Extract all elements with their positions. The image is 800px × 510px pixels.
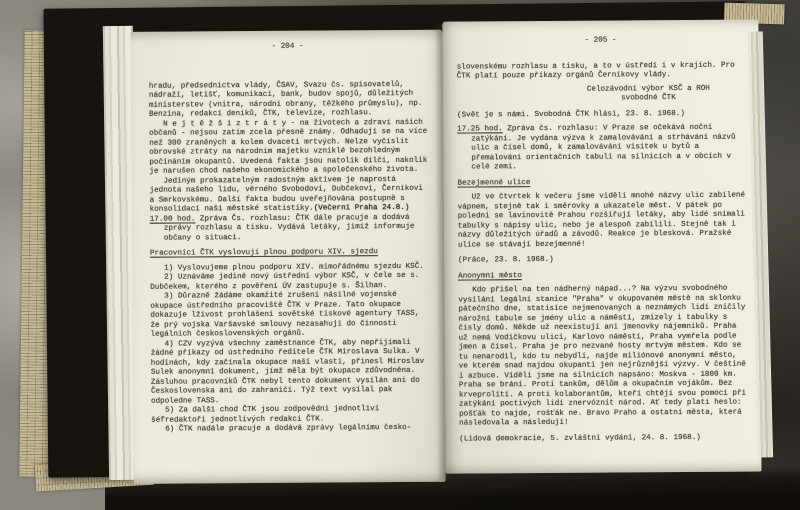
entry-1700: 17.00 hod. Zpráva Čs. rozhlasu: ČTK dále… — [150, 213, 428, 243]
source-lidova-demokracie: (Lidová demokracie, 5. zvláštní vydání, … — [459, 433, 747, 445]
right-page-number: - 205 - — [456, 36, 744, 48]
source-vecerni-praha: (Večerní Praha 24.8.) — [314, 204, 410, 213]
source-svet-je-s-nami: (Svět je s námi. Svobodná ČTK hlásí, 23.… — [457, 109, 745, 121]
paragraph-losses: N e j t ě ž š í z t r á t y - na životec… — [149, 118, 427, 177]
entry-1725-text: Zpráva čs. rozhlasu: V Praze se očekává … — [471, 124, 735, 172]
paragraph-continuation-left: hradu, předsednictva vlády, ČSAV, Svazu … — [149, 80, 427, 120]
time-label-1700: 17.00 hod. — [150, 215, 196, 223]
heading-anonymni-mesto: Anonymní město — [458, 270, 746, 282]
list-item-5: 5) Za další chod ČTK jsou zodpovědni jed… — [151, 405, 429, 426]
list-item-2: 2) Uznáváme jedině nový ústřední výbor K… — [150, 272, 428, 293]
paragraph-unity: Jediným prokazatelným radostným aktivem … — [149, 175, 427, 215]
signature-line-2: svobodné ČTK — [552, 94, 745, 105]
left-page-number: - 204 - — [149, 42, 427, 53]
entry-1700-text: Zpráva Čs. rozhlasu: ČTK dále pracuje a … — [164, 213, 415, 242]
heading-ctk-support: Pracovníci ČTK vyslovují plnou podporu X… — [150, 248, 428, 259]
list-item-4: 4) CZV vyzývá všechny zaměstnance ČTK, a… — [151, 338, 429, 406]
source-prace: (Práce, 23. 8. 1968.) — [458, 255, 746, 267]
signature-block: Celozávodní výbor KSČ a ROH svobodné ČTK — [552, 84, 745, 104]
granite-surface: - 204 - hradu, předsednictva vlády, ČSAV… — [0, 0, 800, 510]
list-item-3: 3) Důrazně žádáme okamžité zrušení násil… — [150, 291, 428, 340]
right-page: - 205 - slovenskému rozhlasu a tisku, a … — [442, 19, 761, 473]
list-item-6: 6) ČTK nadále pracuje a dodává zprávy le… — [151, 424, 429, 435]
time-label-1725: 17.25 hod. — [457, 125, 503, 133]
paragraph-streets: Už ve čtvrtek k večeru jsme viděli mnohé… — [458, 192, 746, 251]
heading-bezejmenne-ulice: Bezejmenné ulice — [457, 177, 745, 189]
open-book: - 204 - hradu, předsednictva vlády, ČSAV… — [0, 0, 800, 510]
entry-1725: 17.25 hod. Zpráva čs. rozhlasu: V Praze … — [457, 124, 745, 174]
left-page: - 204 - hradu, předsednictva vlády, ČSAV… — [130, 30, 445, 484]
paragraph-city: Kdo přišel na ten nádherný nápad...? Na … — [458, 285, 747, 430]
paragraph-continuation-right: slovenskému rozhlasu a tisku, a to v úst… — [457, 61, 745, 82]
